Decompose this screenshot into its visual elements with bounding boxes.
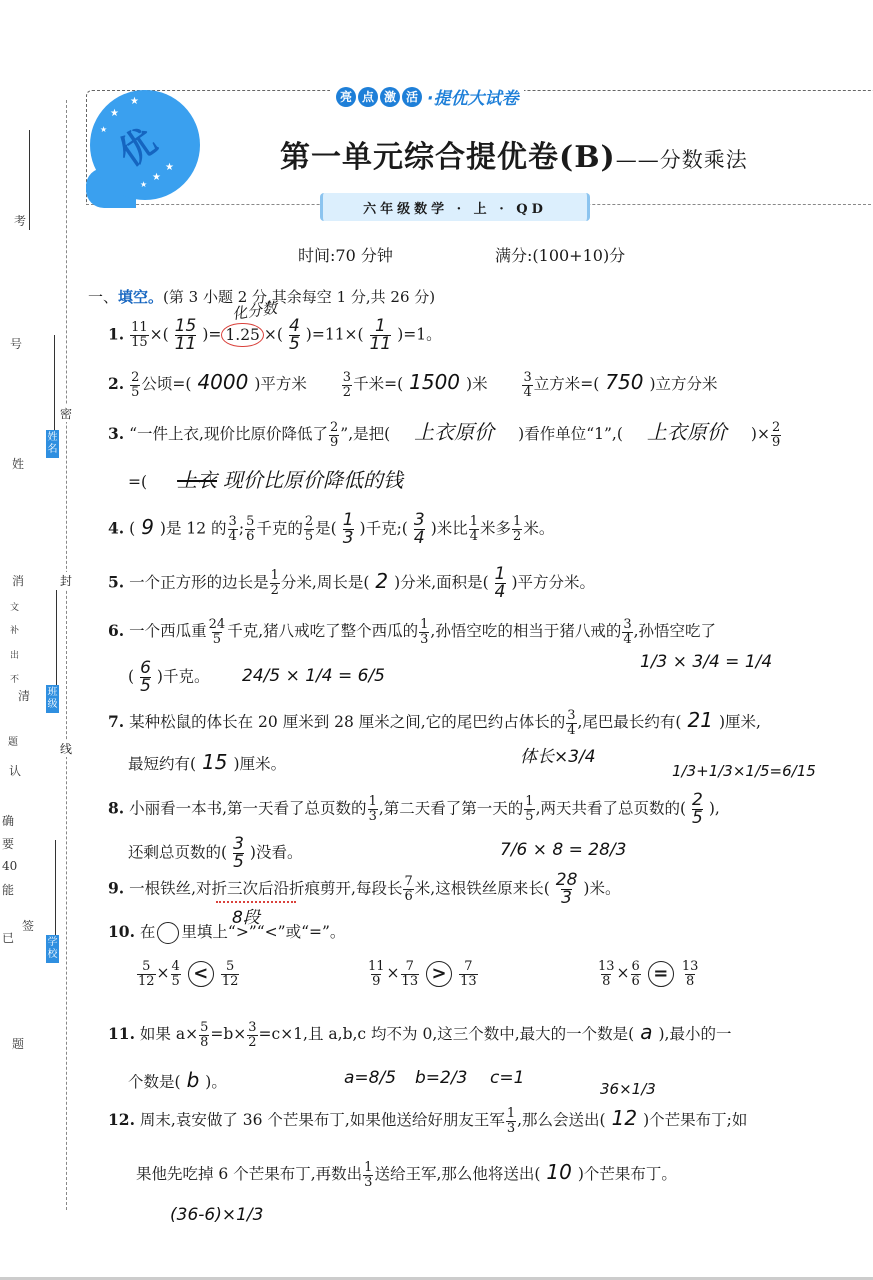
question-9: 9. 一根铁丝,对折三次后沿折痕剪开,每段长76米,这根铁丝原来长(283)米。	[108, 872, 620, 907]
margin-char: 签	[22, 920, 34, 932]
title-main: 第一单元综合提优卷(B)	[280, 140, 616, 175]
answer-blank[interactable]: 12	[606, 1106, 643, 1130]
title-dash: ——	[616, 148, 660, 172]
question-2: 2. 25公顷=(4000)平方米 32千米=(1500)米 34立方米=(75…	[108, 370, 718, 399]
compare-answer[interactable]: =	[648, 961, 674, 987]
answer-blank[interactable]: 34	[408, 512, 431, 547]
compare-item-2: 119×713>713	[366, 960, 479, 988]
page-title: 第一单元综合提优卷(B)——分数乘法	[280, 132, 748, 176]
question-12-line2: 果他先吃掉 6 个芒果布丁,再数出13送给王军,那么他将送出(10)个芒果布丁。	[136, 1160, 677, 1189]
margin-char: 不	[10, 676, 19, 685]
question-7-line2: 最短约有(15)厘米。	[128, 750, 286, 774]
seal-char-xian: 线	[60, 740, 72, 757]
margin-char: 文	[10, 604, 19, 613]
scratch-work: 体长×3/4	[520, 742, 596, 767]
scratch-work: a=8/5	[344, 1068, 396, 1088]
question-1: 1. 1115×(1511)=1.25×(45)=11×(111)=1。	[108, 318, 442, 353]
question-3-line2: =(上衣现价比原价降低的钱	[128, 468, 409, 492]
full-score: 满分:(100+10)分	[495, 243, 625, 266]
star-icon: ★	[130, 96, 139, 107]
circled-value: 1.25	[221, 323, 264, 348]
star-icon: ★	[165, 162, 174, 173]
question-8-line2: 还剩总页数的(35)没看。	[128, 836, 302, 871]
margin-line	[29, 130, 30, 230]
answer-blank[interactable]: 750	[599, 370, 649, 394]
margin-char: 要	[2, 838, 14, 850]
question-3: 3. “一件上衣,现价比原价降低了29”,是把(上衣原价)看作单位“1”,(上衣…	[108, 420, 782, 449]
question-6: 6. 一个西瓜重245千克,猪八戒吃了整个西瓜的13,孙悟空吃的相当于猪八戒的3…	[108, 618, 716, 646]
compare-answer[interactable]: <	[188, 961, 214, 987]
name-field-line	[54, 335, 55, 430]
scratch-work: 1/3+1/3×1/5=6/15	[672, 762, 816, 780]
name-label: 姓名	[46, 430, 59, 458]
answer-blank[interactable]: 1500	[403, 370, 466, 394]
brand-text: ·提优大试卷	[427, 84, 518, 109]
scratch-work: 24/5 × 1/4 = 6/5	[242, 666, 385, 686]
margin-char: 认	[9, 765, 21, 777]
question-4: 4. (9)是 12 的34;56千克的25是(13)千克;(34)米比14米多…	[108, 512, 554, 547]
question-8: 8. 小丽看一本书,第一天看了总页数的13,第二天看了第一天的15,两天共看了总…	[108, 792, 720, 827]
answer-blank[interactable]: 15	[196, 750, 233, 774]
scratch-work: 1/3 × 3/4 = 1/4	[640, 652, 772, 672]
answer-blank[interactable]: 10	[540, 1160, 577, 1184]
compare-item-1: 512×45<512	[136, 960, 240, 988]
answer-blank[interactable]: 25	[686, 792, 709, 827]
time-limit: 时间:70 分钟	[298, 243, 393, 266]
answer-blank[interactable]: b	[181, 1068, 206, 1092]
margin-char: 已	[2, 932, 14, 944]
answer-blank[interactable]: 283	[550, 872, 584, 907]
question-12: 12. 周末,袁安做了 36 个芒果布丁,如果他送给好朋友王军13,那么会送出(…	[108, 1106, 747, 1135]
answer-blank[interactable]: 现价比原价降低的钱	[223, 468, 409, 492]
answer-blank[interactable]: 21	[681, 708, 718, 732]
school-label: 学校	[46, 935, 59, 963]
question-11: 11. 如果 a×58=b×32=c×1,且 a,b,c 均不为 0,这三个数中…	[108, 1020, 731, 1049]
class-field-line	[56, 590, 57, 685]
title-sub: 分数乘法	[660, 148, 748, 172]
answer-blank[interactable]: 13	[337, 512, 360, 547]
scratch-work: (36-6)×1/3	[170, 1205, 263, 1225]
seal-dashed-line	[66, 100, 67, 1210]
question-7: 7. 某种松鼠的体长在 20 厘米到 28 厘米之间,它的尾巴约占体长的34,尾…	[108, 708, 761, 737]
answer-blank[interactable]: 4000	[191, 370, 254, 394]
star-icon: ★	[110, 108, 119, 119]
answer-blank[interactable]: 上衣原价	[390, 420, 518, 444]
scratch-work: 36×1/3	[600, 1080, 656, 1098]
brand-pill: 活	[402, 87, 422, 107]
question-10: 10. 在里填上“>”“<”或“=”。	[108, 922, 345, 944]
margin-char: 号	[10, 338, 22, 350]
answer-blank[interactable]: a	[634, 1020, 658, 1044]
answer-blank[interactable]: 45	[283, 318, 306, 353]
seal-char-mi: 密	[60, 405, 72, 422]
question-11-line2: 个数是(b)。	[128, 1068, 227, 1092]
brand-pill: 亮	[336, 87, 356, 107]
margin-char: 题	[12, 1038, 24, 1050]
scratch-work: b=2/3	[415, 1068, 467, 1088]
star-icon: ★	[100, 125, 107, 134]
margin-char: 确	[2, 815, 14, 827]
compare-answer[interactable]: >	[426, 961, 452, 987]
circle-icon	[157, 922, 179, 944]
margin-char: 40	[2, 860, 17, 872]
margin-char: 补	[10, 627, 19, 636]
question-6-line2: (65)千克。	[128, 660, 209, 695]
margin-char: 能	[2, 884, 14, 896]
section-title: 填空。	[118, 288, 163, 306]
answer-blank[interactable]: 14	[489, 566, 512, 601]
star-icon: ★	[152, 172, 161, 183]
margin-char: 姓	[12, 458, 24, 470]
answer-blank[interactable]: 2	[369, 569, 394, 593]
red-underline	[216, 893, 296, 903]
question-5: 5. 一个正方形的边长是12分米,周长是(2)分米,面积是(14)平方分米。	[108, 566, 595, 601]
brand-pill: 激	[380, 87, 400, 107]
margin-char: 消	[12, 575, 24, 587]
compare-item-3: 138×66=138	[596, 960, 700, 988]
answer-blank[interactable]: 111	[364, 318, 398, 353]
answer-blank[interactable]: 65	[134, 660, 157, 695]
binding-margin: 考 号 姓 消 文 补 出 不 清 题 认 确 要 40 能 已 签 题 姓名 …	[0, 0, 80, 1280]
grade-banner: 六年级数学 · 上 · QD	[320, 193, 590, 221]
margin-char: 题	[8, 738, 18, 748]
section-prefix: 一、	[88, 288, 118, 306]
school-field-line	[55, 840, 56, 935]
margin-char: 考	[14, 215, 26, 227]
answer-blank[interactable]: 35	[227, 836, 250, 871]
answer-blank[interactable]: 1511	[169, 318, 203, 353]
margin-char: 出	[10, 652, 19, 661]
brand-pill: 点	[358, 87, 378, 107]
margin-char: 清	[18, 690, 30, 702]
class-label: 班级	[46, 685, 59, 713]
answer-blank[interactable]: 上衣原价	[623, 420, 751, 444]
seal-char-feng: 封	[60, 572, 72, 589]
brand-banner: 亮 点 激 活 ·提优大试卷	[330, 84, 524, 109]
scratch-work: c=1	[490, 1068, 524, 1088]
scratch-work: 7/6 × 8 = 28/3	[500, 840, 626, 860]
star-icon: ★	[140, 180, 147, 189]
answer-blank[interactable]: 9	[135, 515, 160, 539]
struck-answer: 上衣	[147, 468, 223, 492]
section-note: (第 3 小题 2 分,其余每空 1 分,共 26 分)	[163, 288, 435, 306]
